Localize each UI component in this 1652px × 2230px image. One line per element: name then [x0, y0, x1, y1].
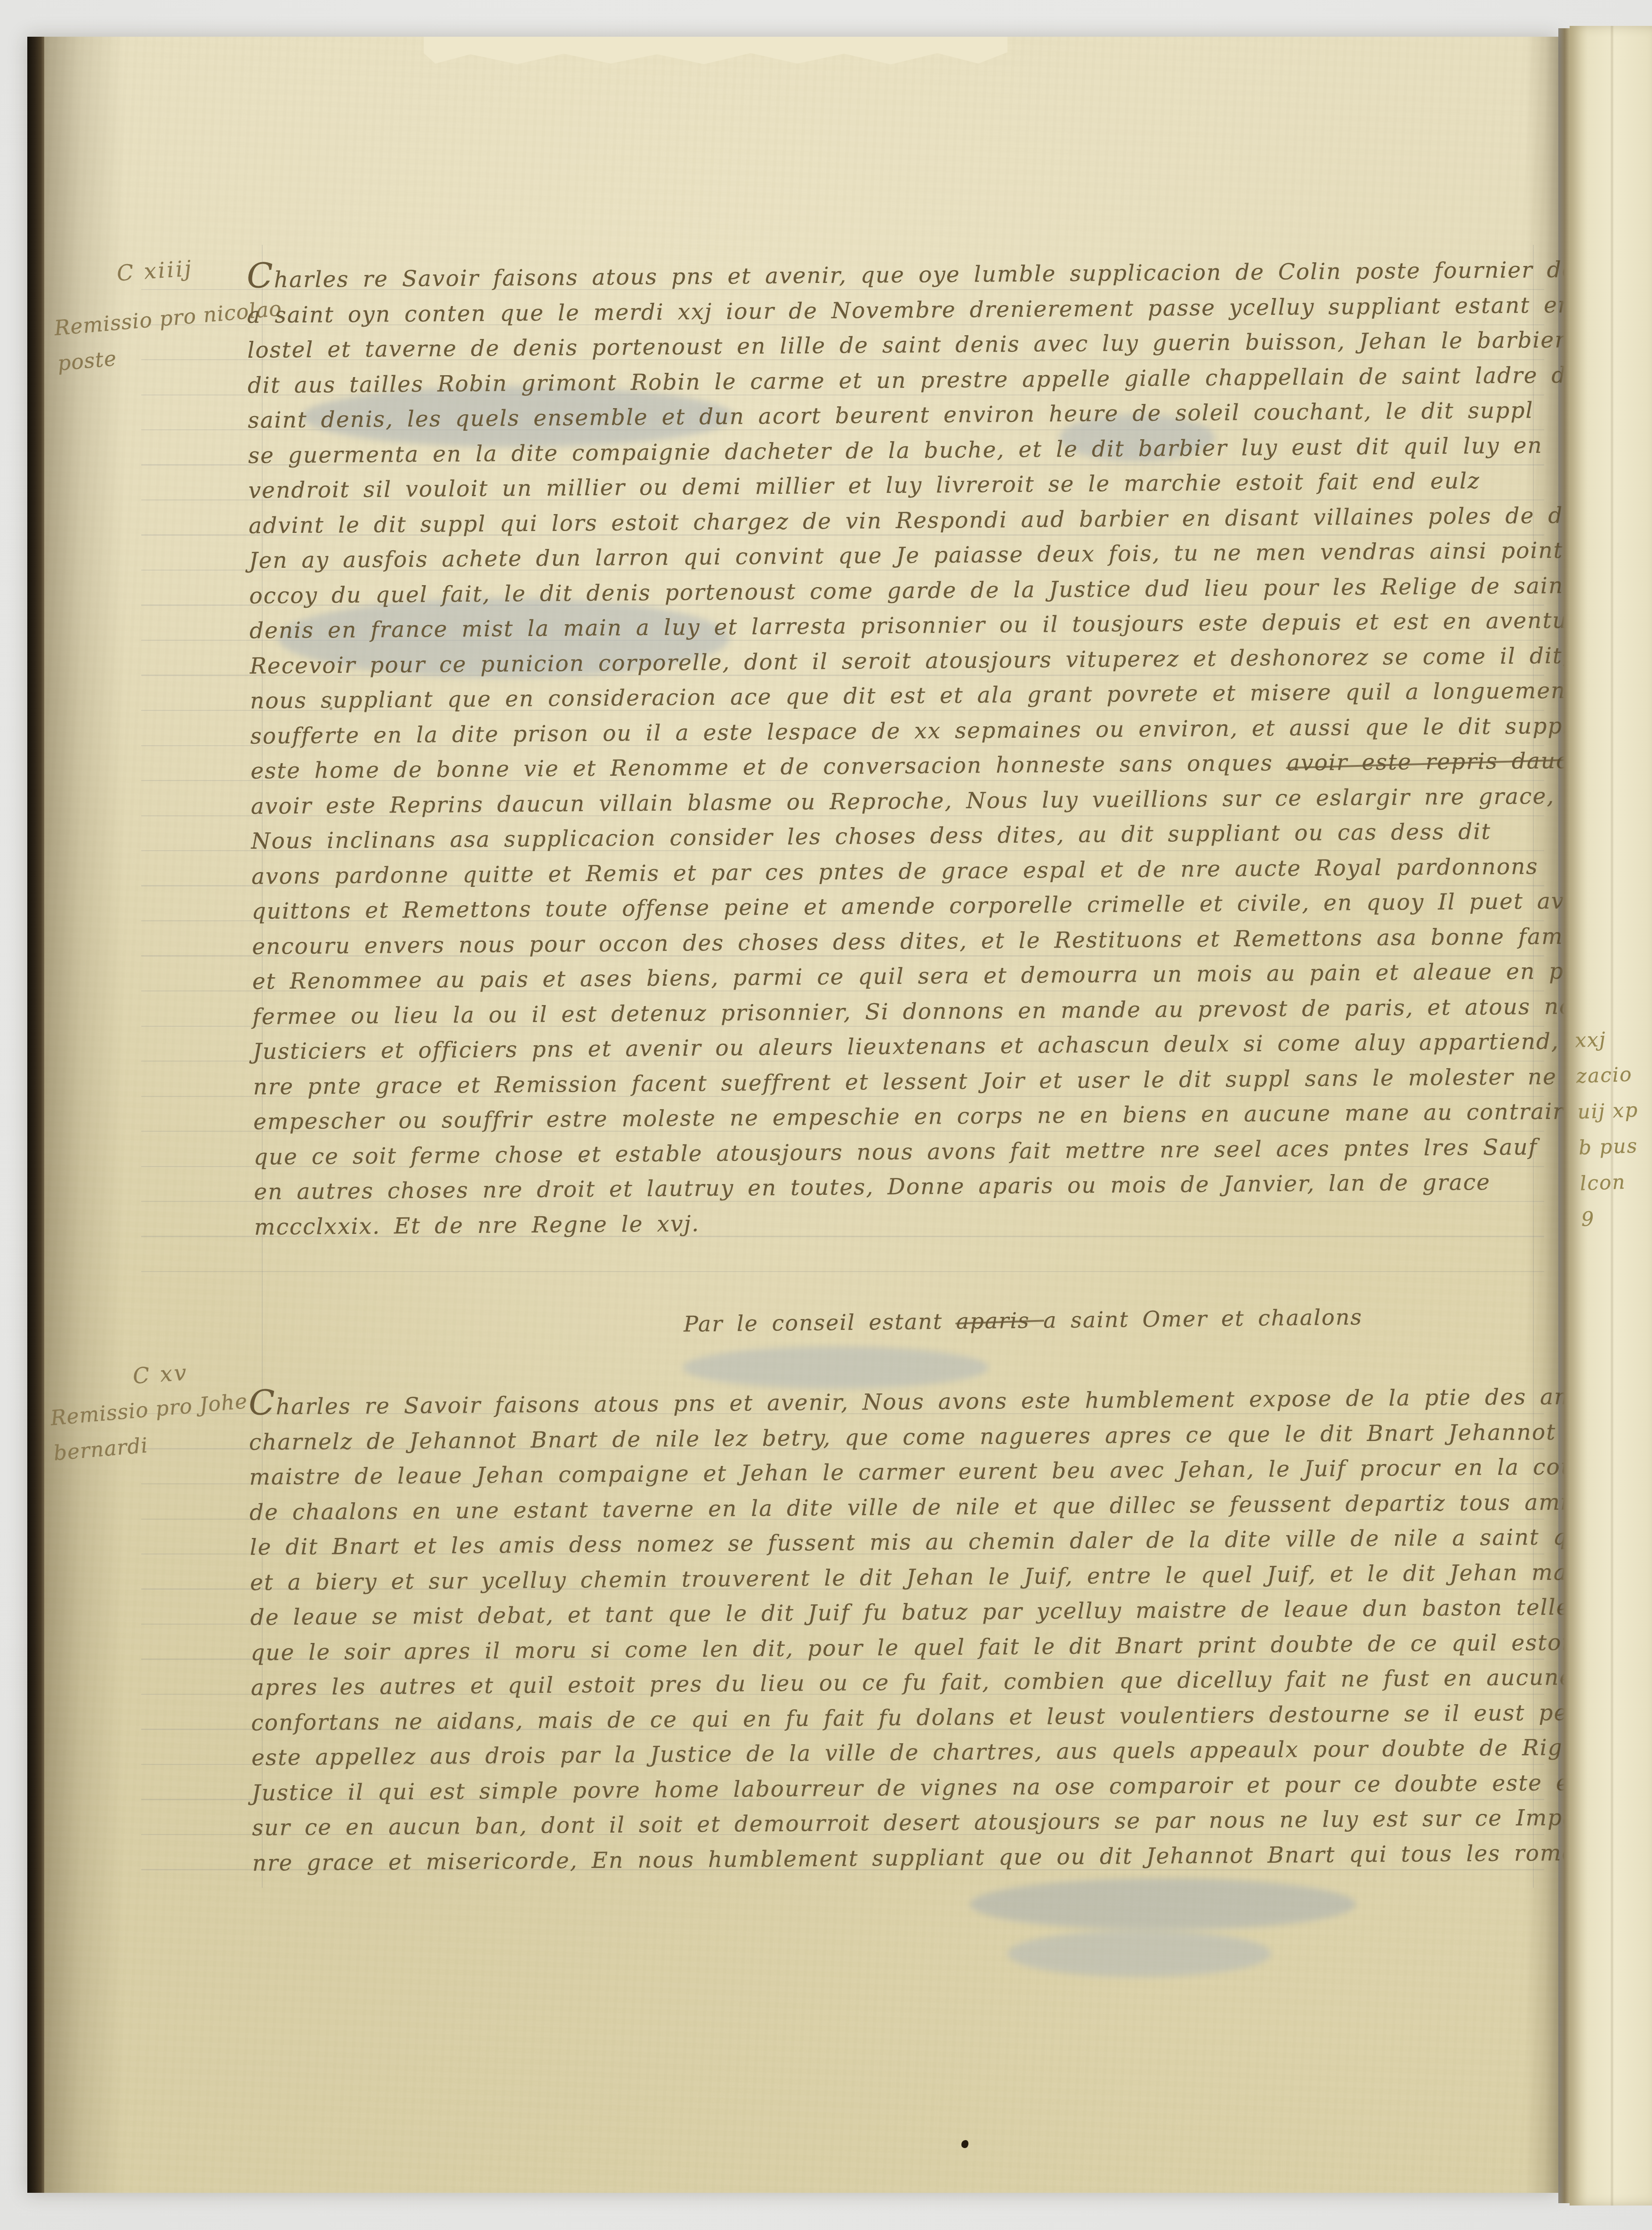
text-line: xxj: [1574, 1021, 1636, 1058]
entry1-text-block: Charles re Savoir faisons atous pns et a…: [247, 253, 1535, 1245]
ink-speck: [330, 707, 332, 710]
bleedthrough-smudge: [683, 1346, 989, 1389]
bleedthrough-smudge: [970, 1878, 1356, 1930]
text-line: uij xp: [1577, 1092, 1639, 1130]
bleedthrough-smudge: [1007, 1930, 1271, 1977]
ink-speck: [584, 1158, 587, 1161]
entry2-margin-number: C xv: [132, 1360, 189, 1389]
heading-text: Par le conseil estant: [684, 1308, 956, 1336]
next-folio-margin-fragments: xxjzaciouij xpb puslcon9: [1574, 1021, 1643, 1237]
photograph-backdrop: C xiiij Remissio pro nicolao poste Charl…: [0, 0, 1652, 2230]
text-line: 9: [1580, 1200, 1643, 1237]
entry2-text-block: Charles re Savoir faisons atous pns et a…: [249, 1380, 1533, 1881]
heading-struck-word: aparis: [956, 1308, 1044, 1334]
page-gap-shadow: [1558, 28, 1570, 2203]
next-folio-sliver: xxjzaciouij xpb puslcon9: [1570, 26, 1652, 2206]
binding-gutter-edge: [27, 37, 44, 2193]
text-line: lcon: [1579, 1164, 1642, 1201]
text-line: zacio: [1576, 1056, 1638, 1094]
entry1-margin-number: C xiiij: [116, 255, 194, 286]
text-line: b pus: [1578, 1128, 1640, 1166]
heading-text: a saint Omer et chaalons: [1043, 1304, 1362, 1333]
struck-text: avoir este repris daucun: [1287, 748, 1600, 776]
